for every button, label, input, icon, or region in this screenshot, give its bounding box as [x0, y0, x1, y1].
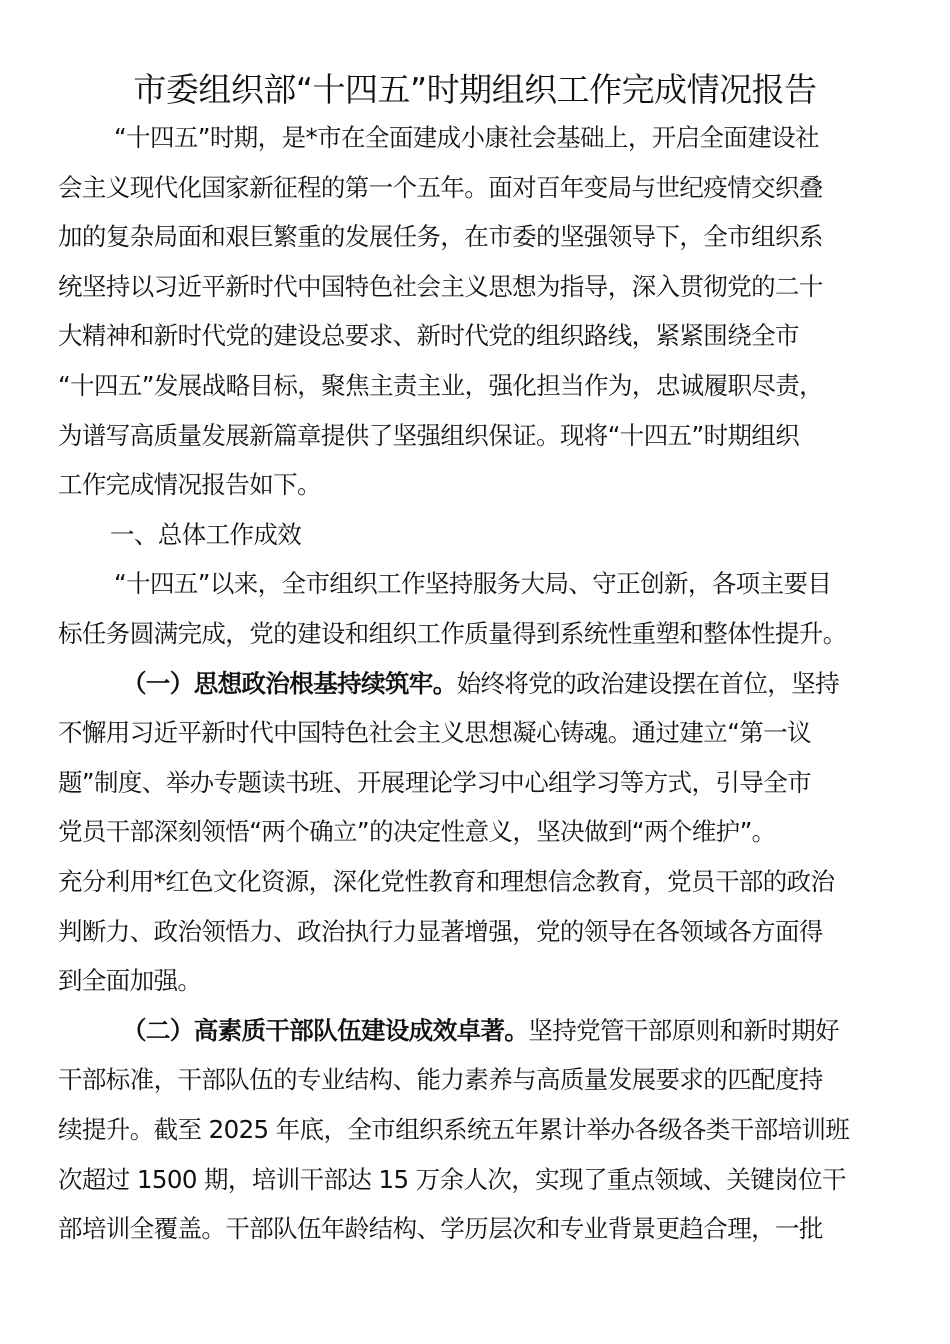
- paragraph-line: “十四五”以来，全市组织工作坚持服务大局、守正创新，各项主要目: [58, 566, 950, 602]
- body-text: 工作完成情况报告如下。: [58, 470, 321, 499]
- paragraph-line: 会主义现代化国家新征程的第一个五年。面对百年变局与世纪疫情交织叠: [58, 170, 898, 206]
- body-text: 为谱写高质量发展新篇章提供了坚强组织保证。现将“十四五”时期组织: [58, 421, 799, 450]
- paragraph-line: 工作完成情况报告如下。: [58, 467, 898, 503]
- paragraph-line: “十四五”时期，是*市在全面建成小康社会基础上，开启全面建设社: [58, 120, 950, 156]
- paragraph-line: 干部标准，干部队伍的专业结构、能力素养与高质量发展要求的匹配度持: [58, 1062, 898, 1098]
- paragraph-line: 次超过 1500 期，培训干部达 15 万余人次，实现了重点领域、关键岗位干: [58, 1162, 898, 1198]
- body-text: 坚持党管干部原则和新时期好: [528, 1016, 839, 1045]
- body-text: 统坚持以习近平新时代中国特色社会主义思想为指导，深入贯彻党的二十: [58, 272, 823, 301]
- body-text: 始终将党的政治建设摆在首位，坚持: [457, 669, 839, 698]
- body-text: 党员干部深刻领悟“两个确立”的决定性意义，坚决做到“两个维护”。: [58, 817, 776, 846]
- body-text: 判断力、政治领悟力、政治执行力显著增强，党的领导在各领域各方面得: [58, 917, 823, 946]
- paragraph-line: 续提升。截至 2025 年底，全市组织系统五年累计举办各级各类干部培训班: [58, 1112, 898, 1148]
- paragraph-line: 大精神和新时代党的建设总要求、新时代党的组织路线，紧紧围绕全市: [58, 318, 898, 354]
- paragraph-line: 党员干部深刻领悟“两个确立”的决定性意义，坚决做到“两个维护”。: [58, 814, 898, 850]
- document-title: 市委组织部“十四五”时期组织工作完成情况报告: [0, 66, 950, 114]
- body-text: 充分利用*红色文化资源，深化党性教育和理想信念教育，党员干部的政治: [58, 867, 834, 896]
- section-heading-text: （一）思想政治根基持续筑牢。: [122, 669, 457, 698]
- body-text: 题”制度、举办专题读书班、开展理论学习中心组学习等方式，引导全市: [58, 768, 811, 797]
- paragraph-line: 为谱写高质量发展新篇章提供了坚强组织保证。现将“十四五”时期组织: [58, 418, 898, 454]
- section-heading-text: （二）高素质干部队伍建设成效卓著。: [122, 1016, 528, 1045]
- body-text: 一、总体工作成效: [110, 520, 301, 549]
- body-text: 会主义现代化国家新征程的第一个五年。面对百年变局与世纪疫情交织叠: [58, 173, 823, 202]
- body-text: 次超过 1500 期，培训干部达 15 万余人次，实现了重点领域、关键岗位干: [58, 1165, 846, 1194]
- body-text: 部培训全覆盖。干部队伍年龄结构、学历层次和专业背景更趋合理，一批: [58, 1214, 823, 1243]
- body-text: “十四五”发展战略目标，聚焦主责主业，强化担当作为，忠诚履职尽责，: [58, 371, 823, 400]
- paragraph-line: 加的复杂局面和艰巨繁重的发展任务，在市委的坚强领导下，全市组织系: [58, 219, 898, 255]
- paragraph-line: 标任务圆满完成，党的建设和组织工作质量得到系统性重塑和整体性提升。: [58, 616, 898, 652]
- paragraph-line: 到全面加强。: [58, 963, 898, 999]
- paragraph-line: 一、总体工作成效: [58, 517, 950, 553]
- paragraph-line: （二）高素质干部队伍建设成效卓著。坚持党管干部原则和新时期好: [58, 1013, 950, 1049]
- body-text: 续提升。截至 2025 年底，全市组织系统五年累计举办各级各类干部培训班: [58, 1115, 849, 1144]
- paragraph-line: 部培训全覆盖。干部队伍年龄结构、学历层次和专业背景更趋合理，一批: [58, 1211, 898, 1247]
- paragraph-line: 充分利用*红色文化资源，深化党性教育和理想信念教育，党员干部的政治: [58, 864, 898, 900]
- paragraph-line: 统坚持以习近平新时代中国特色社会主义思想为指导，深入贯彻党的二十: [58, 269, 898, 305]
- paragraph-line: 不懈用习近平新时代中国特色社会主义思想凝心铸魂。通过建立“第一议: [58, 715, 898, 751]
- body-text: 大精神和新时代党的建设总要求、新时代党的组织路线，紧紧围绕全市: [58, 321, 799, 350]
- paragraph-line: 题”制度、举办专题读书班、开展理论学习中心组学习等方式，引导全市: [58, 765, 898, 801]
- body-text: 到全面加强。: [58, 966, 201, 995]
- paragraph-line: “十四五”发展战略目标，聚焦主责主业，强化担当作为，忠诚履职尽责，: [58, 368, 898, 404]
- body-text: “十四五”时期，是*市在全面建成小康社会基础上，开启全面建设社: [114, 123, 819, 152]
- paragraph-line: 判断力、政治领悟力、政治执行力显著增强，党的领导在各领域各方面得: [58, 914, 898, 950]
- body-text: 不懈用习近平新时代中国特色社会主义思想凝心铸魂。通过建立“第一议: [58, 718, 811, 747]
- body-text: 加的复杂局面和艰巨繁重的发展任务，在市委的坚强领导下，全市组织系: [58, 222, 823, 251]
- document-page: 市委组织部“十四五”时期组织工作完成情况报告 “十四五”时期，是*市在全面建成小…: [0, 0, 950, 1344]
- paragraph-line: （一）思想政治根基持续筑牢。始终将党的政治建设摆在首位，坚持: [58, 666, 950, 702]
- body-text: “十四五”以来，全市组织工作坚持服务大局、守正创新，各项主要目: [114, 569, 831, 598]
- body-text: 干部标准，干部队伍的专业结构、能力素养与高质量发展要求的匹配度持: [58, 1065, 823, 1094]
- body-text: 标任务圆满完成，党的建设和组织工作质量得到系统性重塑和整体性提升。: [58, 619, 847, 648]
